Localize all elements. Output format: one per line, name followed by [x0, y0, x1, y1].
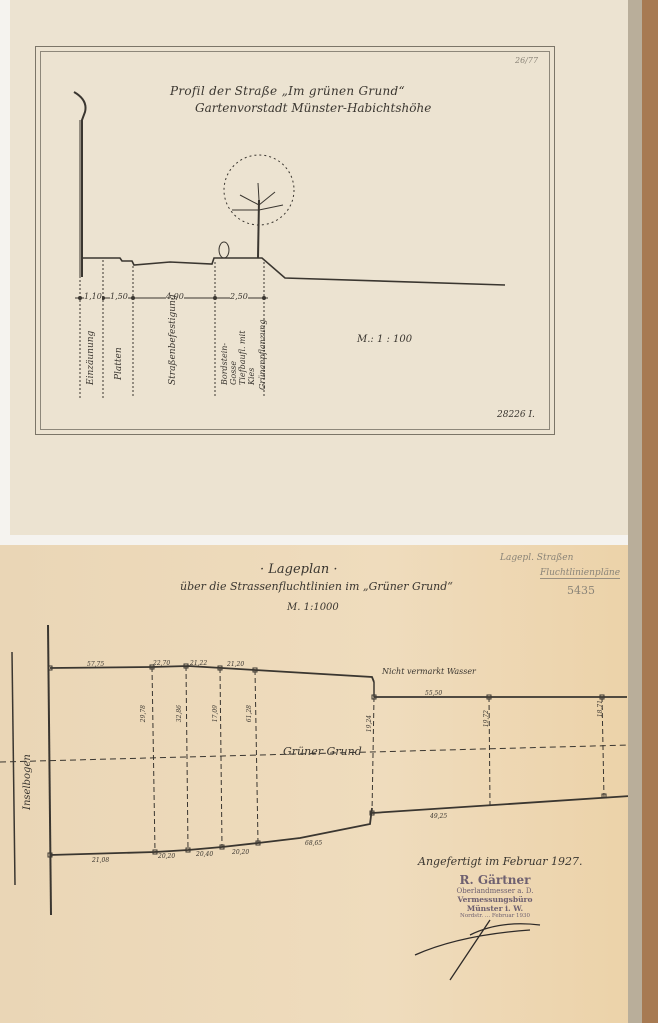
section-label-3: Straßenbefestigung: [168, 320, 178, 385]
cross-dim-3: 17,09: [212, 705, 219, 722]
bottom-dim-6: 49,25: [430, 813, 447, 820]
water-annotation: Nicht vermarkt Wasser: [382, 667, 476, 676]
cross-street-label: Inselbogen: [22, 740, 33, 810]
stamp-address: Nordstr. ... Februar 1930: [440, 913, 550, 919]
archive-number: 28226 I.: [497, 410, 535, 420]
site-plan-drawing: [0, 540, 658, 1023]
bottom-dim-1: 21,08: [92, 857, 109, 864]
profile-drawing: [0, 0, 658, 540]
surveyor-stamp: R. Gärtner Oberlandmesser a. D. Vermessu…: [440, 873, 550, 919]
section-label-6: Grünanpflanzung: [258, 310, 267, 390]
stamp-name: R. Gärtner: [440, 873, 550, 887]
cross-dim-7: 18,71: [597, 700, 604, 717]
dim-4: 2,50: [230, 292, 248, 301]
section-label-2: Platten: [114, 330, 124, 380]
cross-dim-1: 29,78: [140, 705, 147, 722]
bottom-dim-5: 68,65: [305, 840, 322, 847]
cross-dim-5: 19,24: [366, 715, 373, 732]
top-dim-2: 22,70: [153, 660, 170, 667]
top-dim-3: 21,22: [190, 660, 207, 667]
bottom-dim-4: 20,20: [232, 849, 249, 856]
section-label-5: Tiefbaufl. mit Kies: [238, 315, 256, 385]
stamp-city: Münster i. W.: [440, 904, 550, 913]
paper-edge-brown: [642, 0, 658, 1023]
cross-dim-6: 19,72: [483, 710, 490, 727]
profile-scale: M.: 1 : 100: [357, 334, 412, 345]
cross-dim-2: 32,86: [176, 705, 183, 722]
stamp-title: Oberlandmesser a. D.: [440, 887, 550, 895]
street-label: Grüner Grund: [283, 745, 362, 758]
dim-1: 1,10: [84, 292, 102, 301]
bottom-dim-2: 20,20: [158, 853, 175, 860]
section-label-4: Bordstein-Gosse: [220, 320, 238, 385]
top-dim-1: 57,75: [87, 661, 104, 668]
bottom-dim-3: 20,40: [196, 851, 213, 858]
top-dim-5: 55,50: [425, 690, 442, 697]
stamp-office: Vermessungsbüro: [440, 895, 550, 904]
signature-line: Angefertigt im Februar 1927.: [418, 855, 583, 868]
top-dim-4: 21,20: [227, 661, 244, 668]
cross-dim-4: 61,28: [246, 705, 253, 722]
section-label-1: Einzäunung: [86, 325, 96, 385]
dim-2: 1,50: [110, 292, 128, 301]
